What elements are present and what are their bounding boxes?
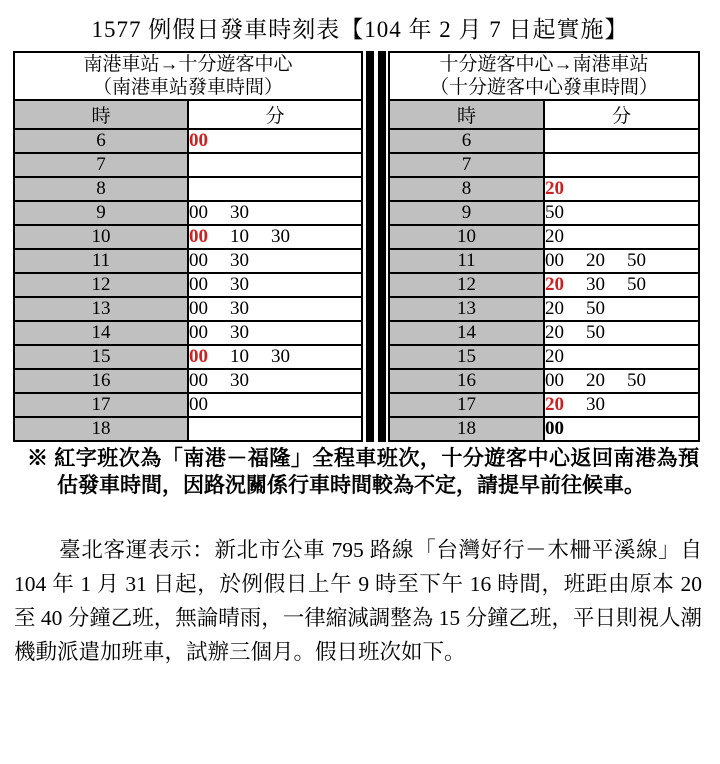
minute-value: 30	[586, 394, 605, 416]
minute-value: 20	[545, 322, 564, 344]
minutes-cell: 001030	[188, 225, 362, 249]
minute-value: 10	[230, 226, 249, 248]
red-text-note: ※ 紅字班次為「南港－福隆」全程車班次，十分遊客中心返回南港為預估發車時間，因路…	[27, 445, 699, 499]
minutes-cell: 0030	[188, 321, 362, 345]
minutes-cell: 00	[544, 417, 699, 441]
hour-cell: 7	[389, 153, 544, 177]
hour-cell: 17	[389, 393, 544, 417]
table-row: 140030	[14, 321, 362, 345]
table-row: 600	[14, 129, 362, 153]
table-row: 8	[14, 177, 362, 201]
table-divider	[363, 51, 388, 442]
minute-value: 20	[545, 178, 564, 200]
minute-value: 00	[189, 202, 208, 224]
route-title-line: 南港車站→十分遊客中心	[15, 53, 361, 76]
minute-value: 30	[271, 226, 290, 248]
minute-value: 50	[545, 202, 564, 224]
minute-value: 20	[545, 226, 564, 248]
minute-value: 20	[545, 274, 564, 296]
minutes-cell	[544, 129, 699, 153]
minutes-cell: 2050	[544, 297, 699, 321]
hour-cell: 16	[389, 369, 544, 393]
minute-value: 30	[586, 274, 605, 296]
minute-value: 00	[189, 226, 208, 248]
minute-value: 00	[189, 130, 208, 152]
minute-value: 00	[189, 346, 208, 368]
minute-value: 30	[230, 370, 249, 392]
hour-cell: 9	[14, 201, 188, 225]
minute-value: 30	[230, 298, 249, 320]
minute-value: 00	[189, 250, 208, 272]
table-row: 1700	[14, 393, 362, 417]
minute-value: 20	[545, 298, 564, 320]
table-row: 1020	[389, 225, 699, 249]
hour-cell: 14	[14, 321, 188, 345]
minutes-cell: 0030	[188, 297, 362, 321]
minute-value: 00	[545, 418, 564, 440]
minutes-cell: 20	[544, 225, 699, 249]
minutes-cell: 00	[188, 129, 362, 153]
hour-cell: 8	[389, 177, 544, 201]
timetable-southport-to-shifen: 南港車站→十分遊客中心 （南港車站發車時間） 時 分 6007890030100…	[13, 51, 363, 442]
minute-value: 10	[230, 346, 249, 368]
minute-value: 20	[545, 346, 564, 368]
hour-col-header: 時	[14, 100, 188, 129]
table-row: 160030	[14, 369, 362, 393]
minute-value: 30	[230, 250, 249, 272]
minutes-cell	[544, 153, 699, 177]
minutes-cell: 2030	[544, 393, 699, 417]
minutes-cell: 20	[544, 177, 699, 201]
minute-value: 30	[230, 322, 249, 344]
timetables-container: 南港車站→十分遊客中心 （南港車站發車時間） 時 分 6007890030100…	[13, 51, 720, 442]
table-row: 120030	[14, 273, 362, 297]
table-row: 1800	[389, 417, 699, 441]
minutes-cell: 0030	[188, 249, 362, 273]
minute-value: 20	[586, 250, 605, 272]
table-row: 18	[14, 417, 362, 441]
hour-cell: 13	[389, 297, 544, 321]
minute-value: 50	[627, 250, 646, 272]
minute-value: 00	[189, 274, 208, 296]
minutes-cell: 0030	[188, 369, 362, 393]
table-row: 132050	[389, 297, 699, 321]
minute-value: 00	[545, 250, 564, 272]
table-row: 7	[389, 153, 699, 177]
minutes-cell: 002050	[544, 249, 699, 273]
minute-value: 00	[189, 370, 208, 392]
minute-value: 20	[586, 370, 605, 392]
hour-cell: 18	[14, 417, 188, 441]
minute-value: 30	[230, 202, 249, 224]
route-sub-line: （南港車站發車時間）	[15, 76, 361, 99]
minutes-cell: 50	[544, 201, 699, 225]
route-header: 十分遊客中心→南港車站 （十分遊客中心發車時間）	[389, 52, 699, 100]
hour-cell: 17	[14, 393, 188, 417]
hour-cell: 13	[14, 297, 188, 321]
table-row: 142050	[389, 321, 699, 345]
hour-cell: 7	[14, 153, 188, 177]
minutes-cell: 00	[188, 393, 362, 417]
hour-cell: 14	[389, 321, 544, 345]
minutes-cell: 203050	[544, 273, 699, 297]
hour-cell: 6	[389, 129, 544, 153]
table-row: 110030	[14, 249, 362, 273]
minutes-cell	[188, 417, 362, 441]
table-row: 6	[389, 129, 699, 153]
table-row: 7	[14, 153, 362, 177]
table-row: 16002050	[389, 369, 699, 393]
minutes-cell	[188, 153, 362, 177]
minute-value: 30	[271, 346, 290, 368]
minutes-cell	[188, 177, 362, 201]
divider-bar-right	[378, 51, 386, 442]
minutes-cell: 002050	[544, 369, 699, 393]
minute-value: 50	[627, 370, 646, 392]
document-page: 1577 例假日發車時刻表【104 年 2 月 7 日起實施】 南港車站→十分遊…	[0, 0, 720, 764]
minute-value: 20	[545, 394, 564, 416]
hour-cell: 15	[389, 345, 544, 369]
table-row: 10001030	[14, 225, 362, 249]
minute-value: 00	[189, 394, 208, 416]
hour-cell: 11	[14, 249, 188, 273]
minutes-cell: 001030	[188, 345, 362, 369]
minutes-cell: 20	[544, 345, 699, 369]
table-row: 11002050	[389, 249, 699, 273]
minute-value: 30	[230, 274, 249, 296]
hour-cell: 9	[389, 201, 544, 225]
page-title: 1577 例假日發車時刻表【104 年 2 月 7 日起實施】	[10, 11, 710, 44]
hour-cell: 8	[14, 177, 188, 201]
route-sub-line: （十分遊客中心發車時間）	[390, 76, 698, 99]
route-header: 南港車站→十分遊客中心 （南港車站發車時間）	[14, 52, 362, 100]
hour-cell: 16	[14, 369, 188, 393]
body-paragraph: 臺北客運表示：新北市公車 795 路線「台灣好行－木柵平溪線」自 104 年 1…	[14, 533, 702, 669]
hour-cell: 6	[14, 129, 188, 153]
hour-cell: 18	[389, 417, 544, 441]
route-title-line: 十分遊客中心→南港車站	[390, 53, 698, 76]
minutes-col-header: 分	[544, 100, 699, 129]
table-row: 172030	[389, 393, 699, 417]
hour-cell: 10	[389, 225, 544, 249]
minute-value: 50	[627, 274, 646, 296]
table-row: 12203050	[389, 273, 699, 297]
minute-value: 50	[586, 298, 605, 320]
minutes-cell: 2050	[544, 321, 699, 345]
table-row: 90030	[14, 201, 362, 225]
hour-cell: 15	[14, 345, 188, 369]
timetable-shifen-to-southport: 十分遊客中心→南港車站 （十分遊客中心發車時間） 時 分 67820950102…	[388, 51, 700, 442]
hour-cell: 12	[389, 273, 544, 297]
hour-col-header: 時	[389, 100, 544, 129]
minute-value: 00	[189, 298, 208, 320]
table-row: 950	[389, 201, 699, 225]
hour-cell: 11	[389, 249, 544, 273]
table-row: 15001030	[14, 345, 362, 369]
minute-value: 00	[189, 322, 208, 344]
divider-bar-left	[366, 51, 374, 442]
minute-value: 00	[545, 370, 564, 392]
minute-value: 50	[586, 322, 605, 344]
table-row: 820	[389, 177, 699, 201]
table-row: 1520	[389, 345, 699, 369]
minutes-cell: 0030	[188, 201, 362, 225]
hour-cell: 10	[14, 225, 188, 249]
minutes-col-header: 分	[188, 100, 362, 129]
hour-cell: 12	[14, 273, 188, 297]
minutes-cell: 0030	[188, 273, 362, 297]
table-row: 130030	[14, 297, 362, 321]
